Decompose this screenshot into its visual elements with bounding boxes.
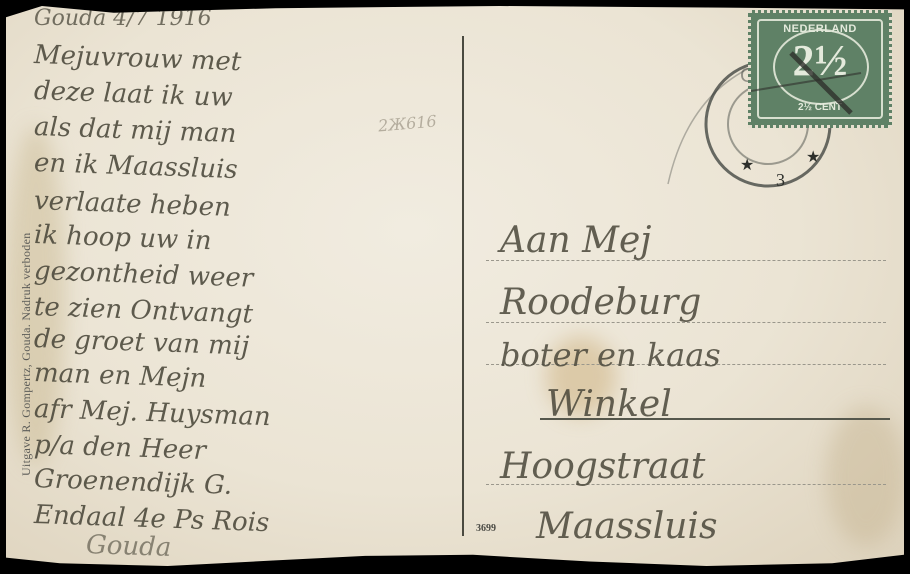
message-line: Mejuvrouw met [33,40,241,77]
message-line: p/a den Heer [33,430,206,466]
pencil-note: 2Ж616 [377,111,437,135]
message-line: de groet van mij [33,324,249,361]
message-line: Groenendijk G. [33,464,232,501]
postage-stamp: NEDERLAND 2½ 2½ CENT [748,10,892,128]
message-line: gezontheid weer [33,256,253,294]
message-line: en ik Maassluis [33,148,238,185]
address-text: Roodeburg [500,282,701,323]
address-text: Winkel [546,384,672,425]
message-line: Gouda [85,530,171,563]
center-divider-line [462,36,464,536]
address-text: Hoogstraat [500,446,705,487]
svg-text:★: ★ [740,157,754,174]
message-date-line: Gouda 4/7 1916 [34,6,212,31]
message-line: ik hoop uw in [33,220,212,256]
svg-text:★: ★ [806,149,820,166]
address-text: boter en kaas [500,336,721,374]
message-line: afr Mej. Huysman [33,394,271,432]
message-line: te zien Ontvangt [33,292,253,330]
address-text: Maassluis [536,506,717,547]
cancellation-stroke [751,13,889,125]
message-line: man en Mejn [33,358,206,394]
svg-text:3: 3 [776,170,785,190]
publisher-imprint: Uitgave R. Gompertz, Gouda. Nadruk verbo… [19,232,34,476]
postcard-back: Uitgave R. Gompertz, Gouda. Nadruk verbo… [6,6,904,566]
message-line: verlaate heben [33,186,231,223]
address-text: Aan Mej [500,220,651,261]
serial-number: 3699 [476,523,496,534]
message-line: als dat mij man [33,112,236,149]
age-stain [826,406,906,546]
message-line: deze laat ik uw [33,76,233,113]
